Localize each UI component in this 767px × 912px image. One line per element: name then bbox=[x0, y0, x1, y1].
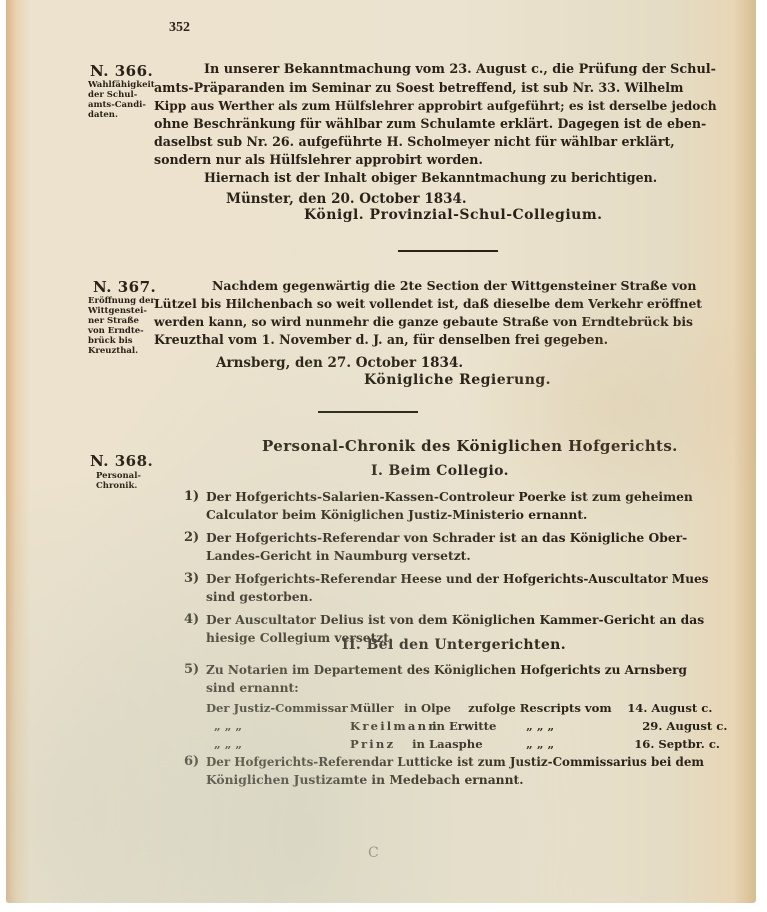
list-subsection-1: 1) Der Hofgerichts-Salarien-Kassen-Contr… bbox=[184, 488, 744, 647]
section-divider bbox=[318, 411, 418, 413]
body-line: Zu Notarien im Departement des Königlich… bbox=[206, 661, 754, 679]
margin-note-line: Kreuzthal. bbox=[88, 346, 155, 356]
body-line: sind gestorben. bbox=[206, 588, 744, 606]
margin-note-367: Eröffnung der Wittgenstei- ner Straße vo… bbox=[88, 296, 155, 356]
body-line: Der Auscultator Delius ist von dem König… bbox=[206, 611, 744, 629]
margin-note-line: Chronik. bbox=[96, 481, 141, 491]
margin-note-line: brück bis bbox=[88, 336, 155, 346]
margin-note-368: Personal- Chronik. bbox=[96, 471, 141, 491]
item-label: 1) bbox=[184, 488, 199, 506]
margin-note-line: der Schul- bbox=[88, 90, 155, 100]
appointment-prefix: „ „ „ bbox=[206, 717, 346, 735]
appointment-ref: zufolge Rescripts vom bbox=[468, 699, 623, 717]
list-item: 1) Der Hofgerichts-Salarien-Kassen-Contr… bbox=[184, 488, 744, 524]
body-line: Landes-Gericht in Naumburg versetzt. bbox=[206, 547, 744, 565]
appointment-place: in Laasphe bbox=[412, 735, 522, 753]
signature-366: Königl. Provinzial-Schul-Collegium. bbox=[304, 207, 603, 223]
section-number-367: N. 367. bbox=[93, 278, 156, 296]
body-line: werden kann, so wird nunmehr die ganze g… bbox=[154, 313, 744, 331]
document-page: 352 N. 366. Wahlfähigkeit der Schul- amt… bbox=[6, 0, 756, 903]
list-item: 2) Der Hofgerichts-Referendar von Schrad… bbox=[184, 529, 744, 565]
body-line: Calculator beim Königlichen Justiz-Minis… bbox=[206, 506, 744, 524]
margin-note-line: von Erndte- bbox=[88, 326, 155, 336]
appointment-place: in Olpe bbox=[404, 699, 464, 717]
section-divider bbox=[398, 250, 498, 252]
body-line: Der Hofgerichts-Referendar Lutticke ist … bbox=[206, 753, 754, 771]
signature-367: Königliche Regierung. bbox=[364, 372, 551, 388]
body-line: In unserer Bekanntmachung vom 23. August… bbox=[154, 61, 744, 79]
body-line: Lützel bis Hilchenbach so weit vollendet… bbox=[154, 295, 744, 313]
margin-note-366: Wahlfähigkeit der Schul- amts-Candi- dat… bbox=[88, 80, 155, 120]
list-item: 3) Der Hofgerichts-Referendar Heese und … bbox=[184, 570, 744, 606]
appointment-name: Müller bbox=[350, 699, 400, 717]
appointment-row: „ „ „ Kreilmann in Erwitte „ „ „ 29. Aug… bbox=[206, 717, 754, 735]
subsection-heading-1: I. Beim Collegio. bbox=[371, 463, 509, 479]
appointment-date: 29. August c. bbox=[642, 717, 727, 735]
section-body-367: Nachdem gegenwärtig die 2te Section der … bbox=[154, 277, 744, 372]
appointment-place: in Erwitte bbox=[432, 717, 522, 735]
body-line: Kreuzthal vom 1. November d. J. an, für … bbox=[154, 331, 744, 349]
item-label: 5) bbox=[184, 661, 199, 679]
body-line: daselbst sub Nr. 26. aufgeführte H. Scho… bbox=[154, 133, 744, 151]
place-date: Arnsberg, den 27. October 1834. bbox=[154, 354, 744, 372]
section-body-366: In unserer Bekanntmachung vom 23. August… bbox=[154, 61, 744, 208]
item-label: 4) bbox=[184, 611, 199, 629]
section-number-366: N. 366. bbox=[90, 62, 153, 80]
body-line: amts-Präparanden im Seminar zu Soest bet… bbox=[154, 79, 744, 97]
list-item: 6) Der Hofgerichts-Referendar Lutticke i… bbox=[184, 753, 754, 789]
body-line: sind ernannt: bbox=[206, 679, 754, 697]
item-label: 2) bbox=[184, 529, 199, 547]
margin-note-line: Wahlfähigkeit bbox=[88, 80, 155, 90]
item-label: 3) bbox=[184, 570, 199, 588]
body-line: sondern nur als Hülfslehrer approbirt wo… bbox=[154, 151, 744, 169]
body-line: Der Hofgerichts-Salarien-Kassen-Controle… bbox=[206, 488, 744, 506]
page-number: 352 bbox=[169, 20, 190, 36]
closing-line: Hiernach ist der Inhalt obiger Bekanntma… bbox=[154, 169, 744, 187]
appointment-date: 14. August c. bbox=[627, 699, 712, 717]
margin-note-line: ner Straße bbox=[88, 316, 155, 326]
margin-note-line: amts-Candi- bbox=[88, 100, 155, 110]
list-item: 5) Zu Notarien im Departement des Königl… bbox=[184, 661, 754, 753]
body-line: ohne Beschränkung für wählbar zum Schula… bbox=[154, 115, 744, 133]
list-subsection-2: 5) Zu Notarien im Departement des Königl… bbox=[184, 661, 754, 789]
footer-signature-mark: C bbox=[368, 845, 379, 861]
appointment-prefix: „ „ „ bbox=[206, 735, 346, 753]
body-line: Der Hofgerichts-Referendar von Schrader … bbox=[206, 529, 744, 547]
body-line: Der Hofgerichts-Referendar Heese und der… bbox=[206, 570, 744, 588]
appointment-row: „ „ „ Prinz in Laasphe „ „ „ 16. Septbr.… bbox=[206, 735, 754, 753]
appointment-row: Der Justiz-Commissar Müller in Olpe zufo… bbox=[206, 699, 754, 717]
section-number-368: N. 368. bbox=[90, 452, 153, 470]
margin-note-line: daten. bbox=[88, 110, 155, 120]
margin-note-line: Eröffnung der bbox=[88, 296, 155, 306]
place-date: Münster, den 20. October 1834. bbox=[154, 190, 744, 208]
appointment-ref: „ „ „ bbox=[526, 735, 630, 753]
item-label: 6) bbox=[184, 753, 199, 771]
body-line: Nachdem gegenwärtig die 2te Section der … bbox=[154, 277, 744, 295]
appointment-name: Kreilmann bbox=[350, 717, 428, 735]
appointment-ref: „ „ „ bbox=[526, 717, 638, 735]
appointment-name: Prinz bbox=[350, 735, 408, 753]
margin-note-line: Personal- bbox=[96, 471, 141, 481]
appointment-date: 16. Septbr. c. bbox=[634, 735, 720, 753]
appointment-prefix: Der Justiz-Commissar bbox=[206, 699, 346, 717]
body-line: Königlichen Justizamte in Medebach ernan… bbox=[206, 771, 754, 789]
body-line: Kipp aus Werther als zum Hülfslehrer app… bbox=[154, 97, 744, 115]
subsection-heading-2: II. Bei den Untergerichten. bbox=[342, 637, 566, 653]
section-title-368: Personal-Chronik des Königlichen Hofgeri… bbox=[262, 437, 678, 455]
margin-note-line: Wittgenstei- bbox=[88, 306, 155, 316]
